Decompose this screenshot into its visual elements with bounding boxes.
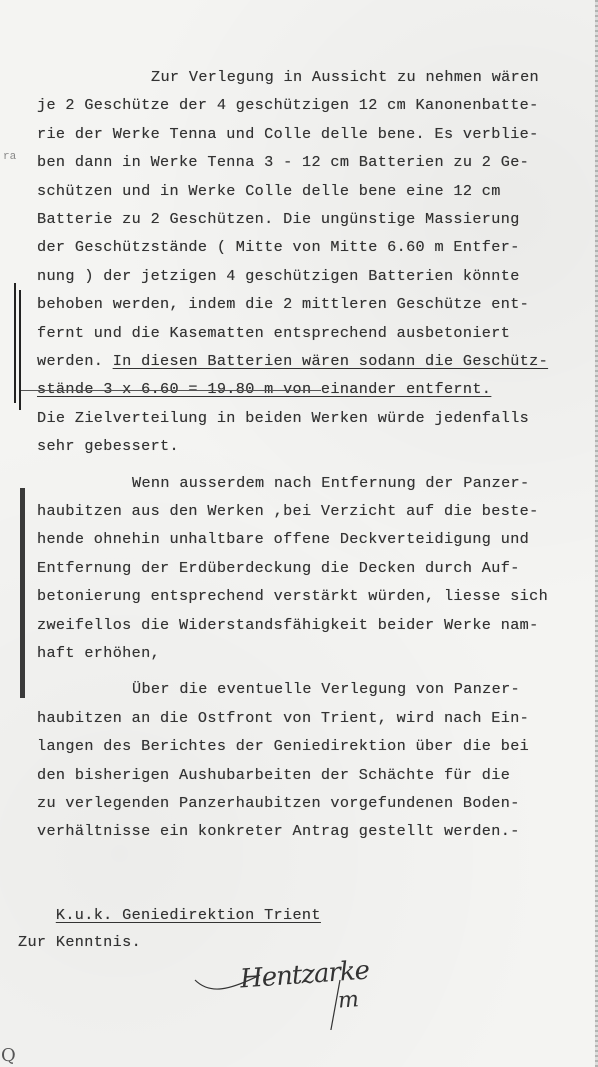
line-text: zu verlegenden Panzerhaubitzen vorgefund…	[37, 794, 520, 812]
line-text: Batterie zu 2 Geschützen. Die ungünstige…	[37, 210, 520, 228]
signature: Hentzarke m	[190, 950, 390, 1030]
underlined-text: In diesen Batterien wären sodann die Ges…	[113, 352, 548, 370]
document-line: zu verlegenden Panzerhaubitzen vorgefund…	[37, 793, 520, 813]
document-line: rie der Werke Tenna und Colle delle bene…	[37, 124, 539, 144]
line-text: zweifellos die Widerstandsfähigkeit beid…	[37, 616, 539, 634]
line-text: der Geschützstände ( Mitte von Mitte 6.6…	[37, 238, 520, 256]
line-text: behoben werden, indem die 2 mittleren Ge…	[37, 295, 529, 313]
line-text: langen des Berichtes der Geniedirektion …	[37, 737, 529, 755]
document-line: Zur Verlegung in Aussicht zu nehmen wäre…	[151, 67, 539, 87]
document-line: der Geschützstände ( Mitte von Mitte 6.6…	[37, 237, 520, 257]
line-text: je 2 Geschütze der 4 geschützigen 12 cm …	[37, 96, 539, 114]
line-text: betonierung entsprechend verstärkt würde…	[37, 587, 548, 605]
line-text: den bisherigen Aushubarbeiten der Schäch…	[37, 766, 510, 784]
line-text: sehr gebessert.	[37, 437, 179, 455]
document-line: fernt und die Kasematten entsprechend au…	[37, 323, 510, 343]
document-line: zweifellos die Widerstandsfähigkeit beid…	[37, 615, 539, 635]
line-text: Wenn ausserdem nach Entfernung der Panze…	[132, 474, 530, 492]
line-text: schützen und in Werke Colle delle bene e…	[37, 182, 501, 200]
document-line: ben dann in Werke Tenna 3 - 12 cm Batter…	[37, 152, 529, 172]
document-line: Über die eventuelle Verlegung von Panzer…	[132, 679, 520, 699]
document-line: haft erhöhen,	[37, 643, 160, 663]
line-text: haubitzen aus den Werken ,bei Verzicht a…	[37, 502, 539, 520]
document-line: werden. In diesen Batterien wären sodann…	[37, 351, 548, 371]
document-line: Entfernung der Erdüberdeckung die Decken…	[37, 558, 520, 578]
margin-mark-bar-1a	[14, 283, 16, 403]
document-line: Batterie zu 2 Geschützen. Die ungünstige…	[37, 209, 520, 229]
document-line: Die Zielverteilung in beiden Werken würd…	[37, 408, 529, 428]
document-line: je 2 Geschütze der 4 geschützigen 12 cm …	[37, 95, 539, 115]
margin-mark-bar-2	[20, 488, 25, 698]
line-text: werden.	[37, 352, 113, 370]
document-line: betonierung entsprechend verstärkt würde…	[37, 586, 548, 606]
scanned-document-page: Zur Verlegung in Aussicht zu nehmen wäre…	[0, 0, 598, 1067]
corner-mark: Q	[1, 1045, 16, 1066]
document-line: haubitzen aus den Werken ,bei Verzicht a…	[37, 501, 539, 521]
document-line: sehr gebessert.	[37, 436, 179, 456]
signature-suffix: m	[337, 987, 359, 1013]
document-line: den bisherigen Aushubarbeiten der Schäch…	[37, 765, 510, 785]
line-text: haubitzen an die Ostfront von Trient, wi…	[37, 709, 529, 727]
margin-annotation: ra	[3, 151, 16, 163]
line-text: nung ) der jetzigen 4 geschützigen Batte…	[37, 267, 520, 285]
document-line: behoben werden, indem die 2 mittleren Ge…	[37, 294, 529, 314]
closing-office-text: K.u.k. Geniedirektion Trient	[56, 906, 321, 924]
margin-mark-hook	[21, 390, 321, 391]
line-text: rie der Werke Tenna und Colle delle bene…	[37, 125, 539, 143]
line-text: hende ohnehin unhaltbare offene Deckvert…	[37, 530, 529, 548]
line-text: Über die eventuelle Verlegung von Panzer…	[132, 680, 520, 698]
document-line: verhältnisse ein konkreter Antrag gestel…	[37, 821, 520, 841]
document-line: hende ohnehin unhaltbare offene Deckvert…	[37, 529, 529, 549]
document-line: langen des Berichtes der Geniedirektion …	[37, 736, 529, 756]
line-text: Entfernung der Erdüberdeckung die Decken…	[37, 559, 520, 577]
document-line: haubitzen an die Ostfront von Trient, wi…	[37, 708, 529, 728]
line-text: Die Zielverteilung in beiden Werken würd…	[37, 409, 529, 427]
document-line: Wenn ausserdem nach Entfernung der Panze…	[132, 473, 530, 493]
line-text: ben dann in Werke Tenna 3 - 12 cm Batter…	[37, 153, 529, 171]
document-line: nung ) der jetzigen 4 geschützigen Batte…	[37, 266, 520, 286]
line-text: verhältnisse ein konkreter Antrag gestel…	[37, 822, 520, 840]
closing-note: Zur Kenntnis.	[18, 932, 141, 952]
line-text: haft erhöhen,	[37, 644, 160, 662]
line-text: Zur Verlegung in Aussicht zu nehmen wäre…	[151, 68, 539, 86]
line-text: fernt und die Kasematten entsprechend au…	[37, 324, 510, 342]
document-line: schützen und in Werke Colle delle bene e…	[37, 181, 501, 201]
margin-mark-bar-1b	[19, 290, 21, 410]
